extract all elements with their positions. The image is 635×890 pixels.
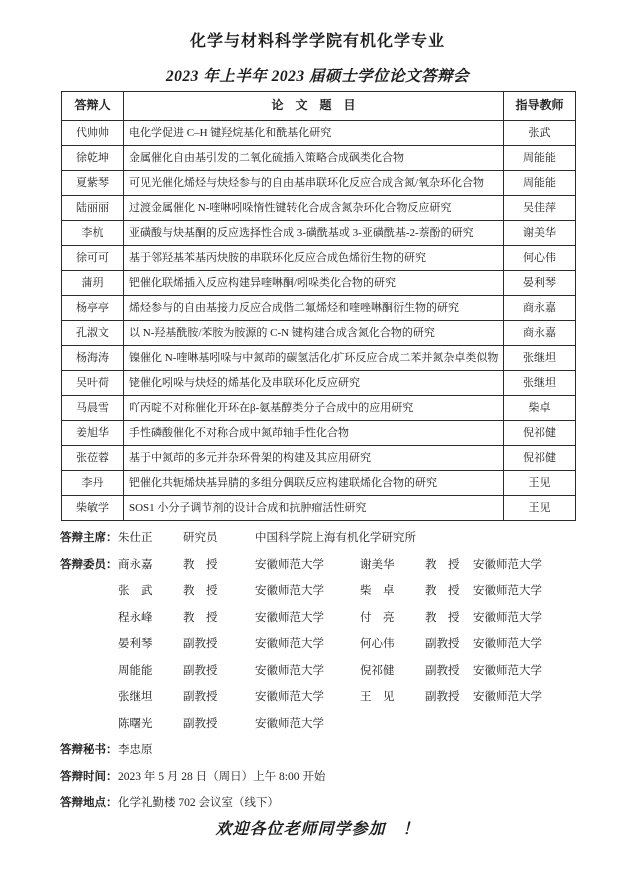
advisor-name: 倪祁健 — [504, 446, 576, 471]
header-thesis-title: 论 文 题 目 — [124, 92, 504, 121]
committee-row: 张继坦副教授安徽师范大学王 见副教授安徽师范大学 — [60, 683, 580, 710]
table-row: 张莅蓉基于中氮茚的多元并杂环骨架的构建及其应用研究倪祁健 — [62, 446, 576, 471]
thesis-table-body: 代帅帅电化学促进 C–H 键羟烷基化和酰基化研究张武徐乾坤金属催化自由基引发的二… — [62, 121, 576, 521]
advisor-name: 张继坦 — [504, 346, 576, 371]
table-row: 姜旭华手性磷酸催化不对称合成中氮茚轴手性化合物倪祁健 — [62, 421, 576, 446]
thesis-title: 基于邻羟基苯基丙炔胺的串联环化反应合成色烯衍生物的研究 — [124, 246, 504, 271]
advisor-name: 张武 — [504, 121, 576, 146]
thesis-title: 钯催化联烯插入反应构建异喹啉酮/吲哚类化合物的研究 — [124, 271, 504, 296]
chair-affiliation: 中国科学院上海有机化学研究所 — [255, 529, 580, 545]
committee-member-title: 教 授 — [183, 556, 255, 572]
committee-list: 答辩委员：商永嘉教 授安徽师范大学谢美华教 授安徽师范大学张 武教 授安徽师范大… — [60, 551, 580, 737]
committee-row: 答辩委员：商永嘉教 授安徽师范大学谢美华教 授安徽师范大学 — [60, 551, 580, 578]
thesis-title: 亚磺酸与炔基酮的反应选择性合成 3-磺酰基或 3-亚磺酰基-2-萘酚的研究 — [124, 221, 504, 246]
thesis-title: 以 N-羟基酰胺/苯胺为胺源的 C-N 键构建合成含氮化合物的研究 — [124, 321, 504, 346]
committee-row: 周能能副教授安徽师范大学倪祁健副教授安徽师范大学 — [60, 657, 580, 684]
committee-member-university: 安徽师范大学 — [255, 688, 360, 704]
thesis-title: 金属催化自由基引发的二氧化硫插入策略合成砜类化合物 — [124, 146, 504, 171]
advisor-name: 周能能 — [504, 171, 576, 196]
advisor-name: 周能能 — [504, 146, 576, 171]
committee-row: 程永峰教 授安徽师范大学付 亮教 授安徽师范大学 — [60, 604, 580, 631]
advisor-name: 王见 — [504, 471, 576, 496]
thesis-title: 铑催化吲哚与炔烃的烯基化及串联环化反应研究 — [124, 371, 504, 396]
table-header-row: 答辩人 论 文 题 目 指导教师 — [62, 92, 576, 121]
defender-name: 杨海涛 — [62, 346, 124, 371]
thesis-title: 吖丙啶不对称催化开环在β-氨基醇类分子合成中的应用研究 — [124, 396, 504, 421]
defender-name: 吴叶荷 — [62, 371, 124, 396]
committee-member-university: 安徽师范大学 — [473, 556, 580, 572]
header-defender: 答辩人 — [62, 92, 124, 121]
defender-name: 柴敏学 — [62, 496, 124, 521]
committee-member-title: 教 授 — [425, 556, 473, 572]
defender-name: 徐可可 — [62, 246, 124, 271]
table-row: 李丹钯催化共轭烯炔基异腈的多组分偶联反应构建联烯化合物的研究王见 — [62, 471, 576, 496]
defender-name: 杨亭亭 — [62, 296, 124, 321]
thesis-title: 电化学促进 C–H 键羟烷基化和酰基化研究 — [124, 121, 504, 146]
thesis-title: 镍催化 N-喹啉基吲哚与中氮茚的碳氢活化/扩环反应合成二苯并氮杂卓类似物 — [124, 346, 504, 371]
secretary-name: 李忠原 — [118, 741, 580, 757]
header-advisor: 指导教师 — [504, 92, 576, 121]
committee-member-title: 副教授 — [183, 715, 255, 731]
venue-value: 化学礼勤楼 702 会议室（线下） — [118, 794, 580, 810]
footer-info: 答辩主席： 朱仕正 研究员 中国科学院上海有机化学研究所 答辩委员：商永嘉教 授… — [60, 524, 580, 816]
table-row: 马晨雪吖丙啶不对称催化开环在β-氨基醇类分子合成中的应用研究柴卓 — [62, 396, 576, 421]
thesis-title: 钯催化共轭烯炔基异腈的多组分偶联反应构建联烯化合物的研究 — [124, 471, 504, 496]
committee-member-university: 安徽师范大学 — [255, 715, 360, 731]
table-row: 孔淑文以 N-羟基酰胺/苯胺为胺源的 C-N 键构建合成含氮化合物的研究商永嘉 — [62, 321, 576, 346]
committee-member-title: 副教授 — [425, 688, 473, 704]
chair-name: 朱仕正 — [118, 529, 183, 545]
defender-name: 夏紫琴 — [62, 171, 124, 196]
defender-name: 李杭 — [62, 221, 124, 246]
defense-time-line: 答辩时间： 2023 年 5 月 28 日（周日）上午 8:00 开始 — [60, 763, 580, 790]
defender-name: 代帅帅 — [62, 121, 124, 146]
chair-title: 研究员 — [183, 529, 255, 545]
table-row: 蒲玥钯催化联烯插入反应构建异喹啉酮/吲哚类化合物的研究晏利琴 — [62, 271, 576, 296]
thesis-defense-table: 答辩人 论 文 题 目 指导教师 代帅帅电化学促进 C–H 键羟烷基化和酰基化研… — [61, 91, 576, 521]
committee-member-university: 安徽师范大学 — [255, 582, 360, 598]
defender-name: 徐乾坤 — [62, 146, 124, 171]
committee-member-title: 副教授 — [183, 662, 255, 678]
chair-label: 答辩主席： — [60, 529, 118, 545]
committee-member-title: 教 授 — [183, 609, 255, 625]
table-row: 夏紫琴可见光催化烯烃与炔烃参与的自由基串联环化反应合成含氮/氧杂环化合物周能能 — [62, 171, 576, 196]
committee-member-university: 安徽师范大学 — [255, 635, 360, 651]
committee-member-name: 程永峰 — [118, 609, 183, 625]
committee-member-university: 安徽师范大学 — [255, 556, 360, 572]
committee-row: 张 武教 授安徽师范大学柴 卓教 授安徽师范大学 — [60, 577, 580, 604]
thesis-title: 基于中氮茚的多元并杂环骨架的构建及其应用研究 — [124, 446, 504, 471]
venue-label: 答辩地点： — [60, 794, 118, 810]
committee-member-university: 安徽师范大学 — [473, 688, 580, 704]
committee-member-name: 张继坦 — [118, 688, 183, 704]
advisor-name: 商永嘉 — [504, 296, 576, 321]
table-row: 李杭亚磺酸与炔基酮的反应选择性合成 3-磺酰基或 3-亚磺酰基-2-萘酚的研究谢… — [62, 221, 576, 246]
defender-name: 陆丽丽 — [62, 196, 124, 221]
advisor-name: 何心伟 — [504, 246, 576, 271]
table-row: 杨亭亭烯烃参与的自由基接力反应合成偕二氟烯烃和喹唑啉酮衍生物的研究商永嘉 — [62, 296, 576, 321]
defender-name: 蒲玥 — [62, 271, 124, 296]
thesis-title: 烯烃参与的自由基接力反应合成偕二氟烯烃和喹唑啉酮衍生物的研究 — [124, 296, 504, 321]
table-row: 柴敏学SOS1 小分子调节剂的设计合成和抗肿瘤活性研究王见 — [62, 496, 576, 521]
committee-member-university: 安徽师范大学 — [473, 635, 580, 651]
committee-row: 陈曙光副教授安徽师范大学 — [60, 710, 580, 737]
document-page: 化学与材料科学学院有机化学专业 2023 年上半年 2023 届硕士学位论文答辩… — [0, 0, 635, 890]
committee-member-name: 商永嘉 — [118, 556, 183, 572]
table-row: 杨海涛镍催化 N-喹啉基吲哚与中氮茚的碳氢活化/扩环反应合成二苯并氮杂卓类似物张… — [62, 346, 576, 371]
committee-row: 晏利琴副教授安徽师范大学何心伟副教授安徽师范大学 — [60, 630, 580, 657]
committee-member-university: 安徽师范大学 — [255, 662, 360, 678]
committee-member-title: 副教授 — [425, 662, 473, 678]
committee-member-name: 柴 卓 — [360, 582, 425, 598]
committee-member-name: 何心伟 — [360, 635, 425, 651]
committee-member-title: 副教授 — [183, 688, 255, 704]
thesis-title: SOS1 小分子调节剂的设计合成和抗肿瘤活性研究 — [124, 496, 504, 521]
committee-member-title: 教 授 — [425, 609, 473, 625]
advisor-name: 倪祁健 — [504, 421, 576, 446]
defense-chair-line: 答辩主席： 朱仕正 研究员 中国科学院上海有机化学研究所 — [60, 524, 580, 551]
committee-member-name: 谢美华 — [360, 556, 425, 572]
defender-name: 孔淑文 — [62, 321, 124, 346]
advisor-name: 王见 — [504, 496, 576, 521]
thesis-title: 可见光催化烯烃与炔烃参与的自由基串联环化反应合成含氮/氧杂环化合物 — [124, 171, 504, 196]
committee-member-name: 周能能 — [118, 662, 183, 678]
advisor-name: 柴卓 — [504, 396, 576, 421]
page-subtitle: 2023 年上半年 2023 届硕士学位论文答辩会 — [0, 64, 635, 86]
committee-member-name: 张 武 — [118, 582, 183, 598]
page-title: 化学与材料科学学院有机化学专业 — [0, 0, 635, 51]
defender-name: 马晨雪 — [62, 396, 124, 421]
committee-label: 答辩委员： — [60, 556, 118, 572]
table-row: 代帅帅电化学促进 C–H 键羟烷基化和酰基化研究张武 — [62, 121, 576, 146]
committee-member-name: 付 亮 — [360, 609, 425, 625]
committee-member-university: 安徽师范大学 — [473, 662, 580, 678]
secretary-line: 答辩秘书： 李忠原 — [60, 736, 580, 763]
time-label: 答辩时间： — [60, 768, 118, 784]
committee-member-university: 安徽师范大学 — [255, 609, 360, 625]
defender-name: 姜旭华 — [62, 421, 124, 446]
thesis-title: 手性磷酸催化不对称合成中氮茚轴手性化合物 — [124, 421, 504, 446]
table-row: 徐可可基于邻羟基苯基丙炔胺的串联环化反应合成色烯衍生物的研究何心伟 — [62, 246, 576, 271]
committee-member-university: 安徽师范大学 — [473, 582, 580, 598]
table-row: 徐乾坤金属催化自由基引发的二氧化硫插入策略合成砜类化合物周能能 — [62, 146, 576, 171]
committee-member-name: 陈曙光 — [118, 715, 183, 731]
advisor-name: 晏利琴 — [504, 271, 576, 296]
table-row: 陆丽丽过渡金属催化 N-喹啉吲哚惰性键转化合成含氮杂环化合物反应研究吴佳萍 — [62, 196, 576, 221]
advisor-name: 谢美华 — [504, 221, 576, 246]
defender-name: 张莅蓉 — [62, 446, 124, 471]
committee-member-title: 教 授 — [183, 582, 255, 598]
defense-venue-line: 答辩地点： 化学礼勤楼 702 会议室（线下） — [60, 789, 580, 816]
thesis-title: 过渡金属催化 N-喹啉吲哚惰性键转化合成含氮杂环化合物反应研究 — [124, 196, 504, 221]
time-value: 2023 年 5 月 28 日（周日）上午 8:00 开始 — [118, 768, 580, 784]
advisor-name: 商永嘉 — [504, 321, 576, 346]
defender-name: 李丹 — [62, 471, 124, 496]
secretary-label: 答辩秘书： — [60, 741, 118, 757]
committee-member-title: 副教授 — [425, 635, 473, 651]
committee-member-university: 安徽师范大学 — [473, 609, 580, 625]
advisor-name: 吴佳萍 — [504, 196, 576, 221]
committee-member-title: 教 授 — [425, 582, 473, 598]
table-row: 吴叶荷铑催化吲哚与炔烃的烯基化及串联环化反应研究张继坦 — [62, 371, 576, 396]
committee-member-title: 副教授 — [183, 635, 255, 651]
advisor-name: 张继坦 — [504, 371, 576, 396]
committee-member-name: 晏利琴 — [118, 635, 183, 651]
closing-welcome-line: 欢迎各位老师同学参加 ！ — [0, 816, 635, 839]
committee-member-name: 倪祁健 — [360, 662, 425, 678]
committee-member-name: 王 见 — [360, 688, 425, 704]
